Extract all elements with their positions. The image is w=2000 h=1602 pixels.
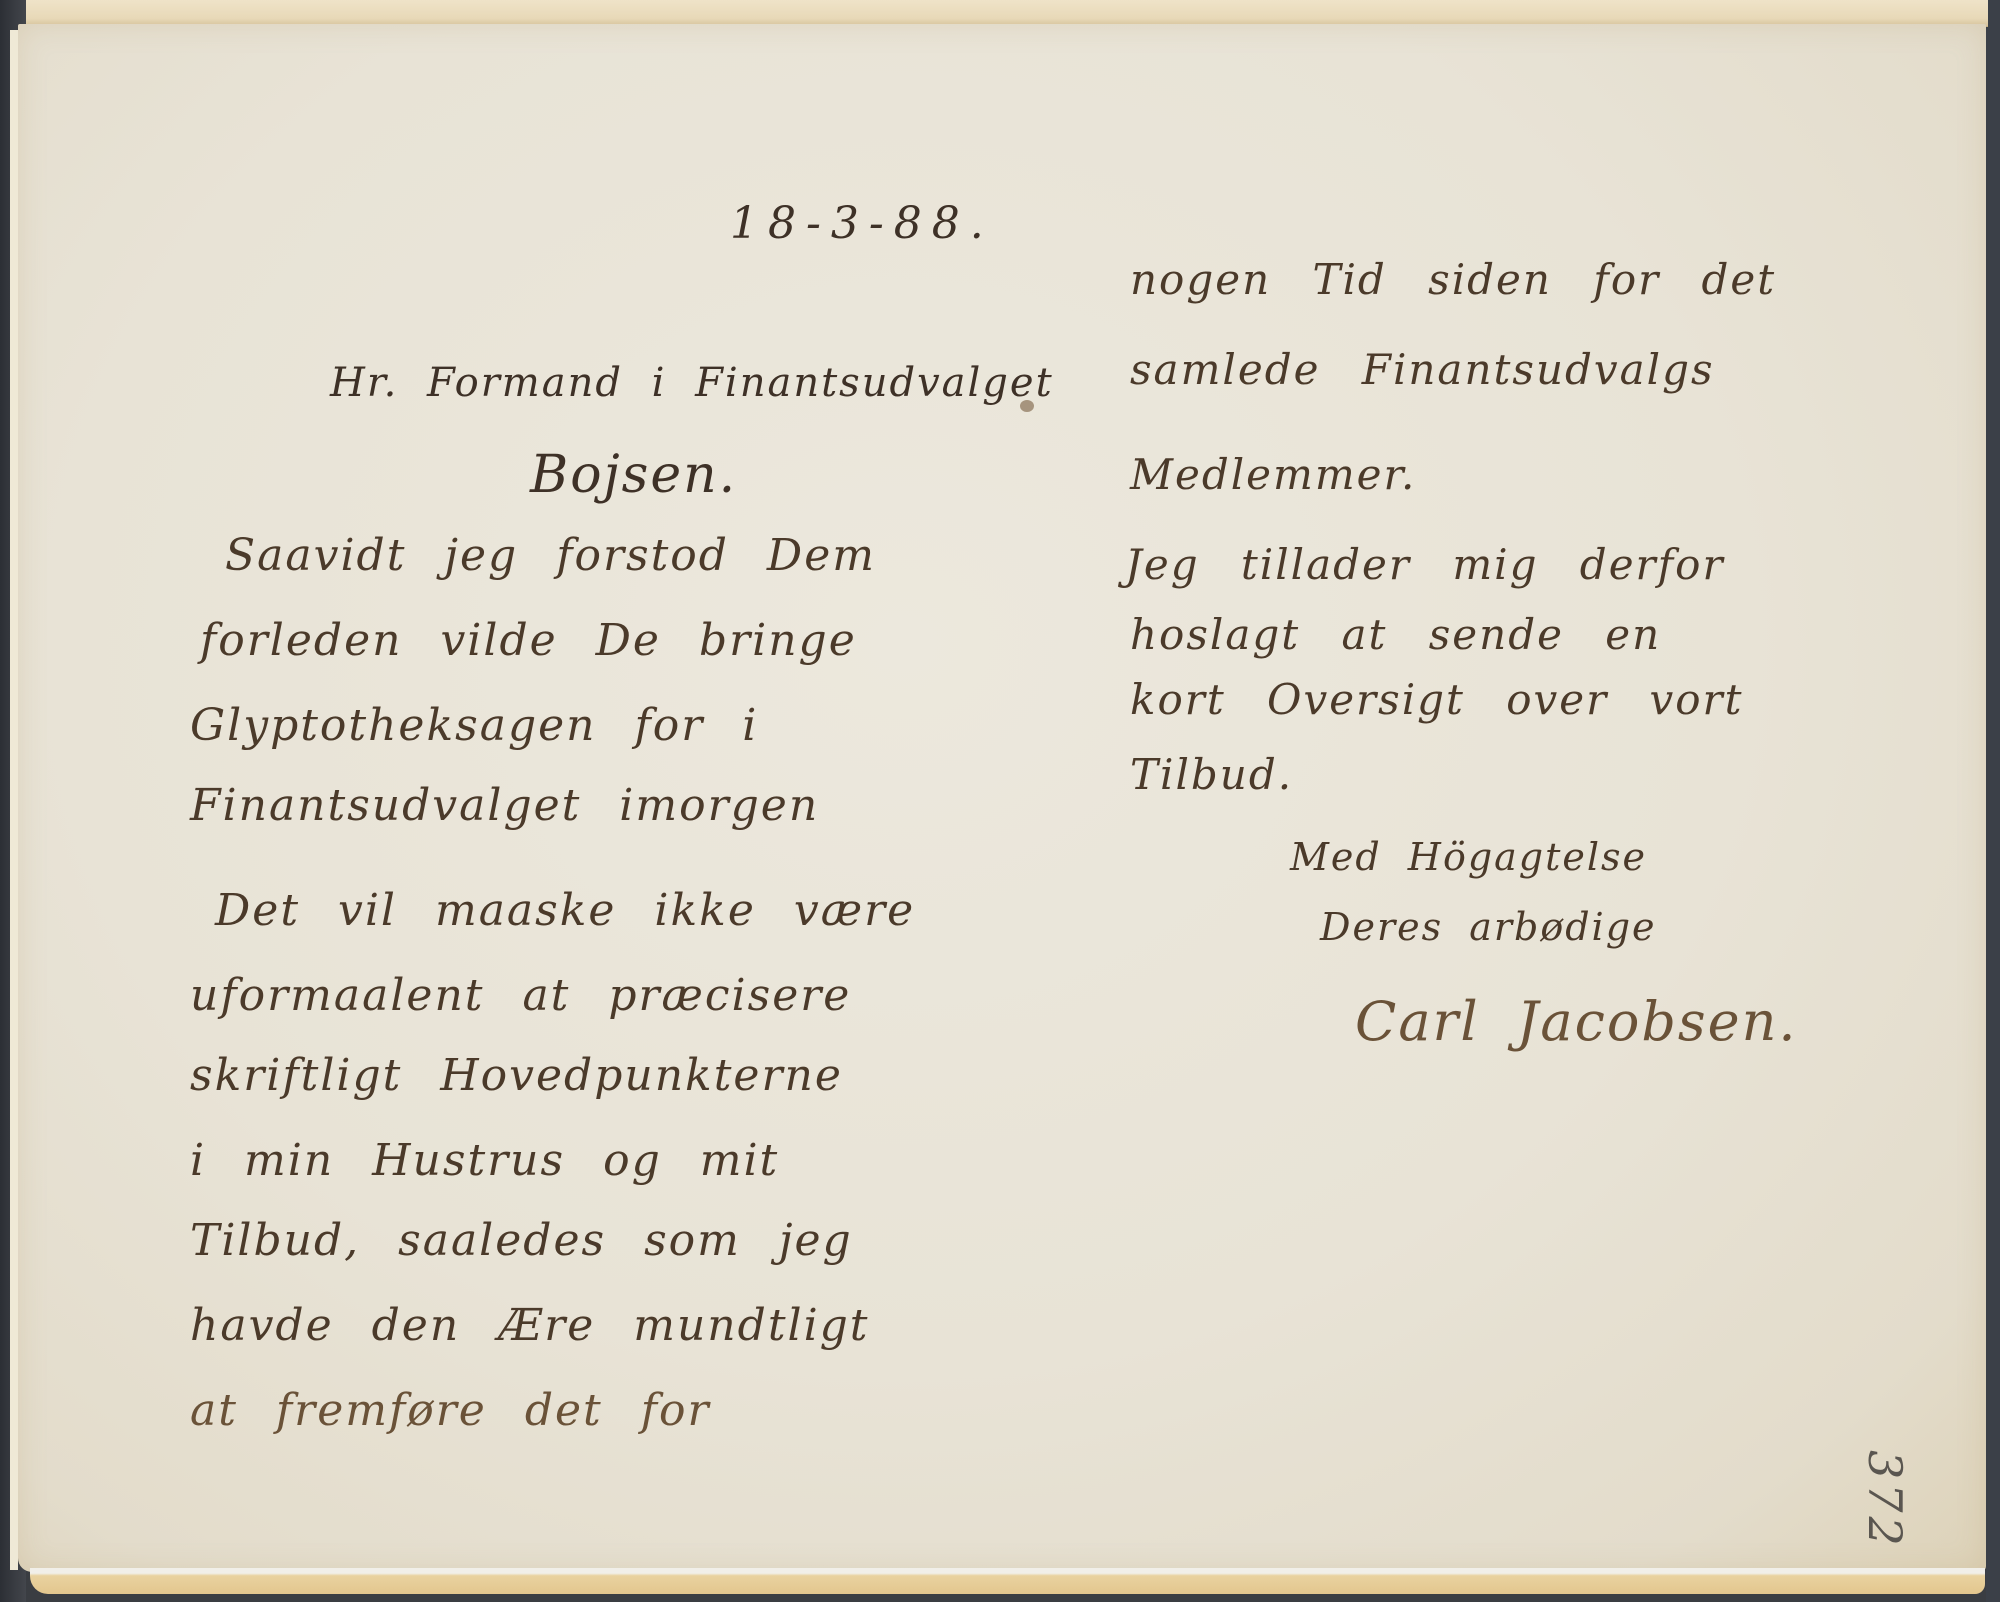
- page-left-edge: [10, 30, 18, 1570]
- letter-date: 18-3-88.: [730, 198, 994, 249]
- folded-paper-flap: [26, 0, 1988, 27]
- text-line: Det vil maaske ikke være: [215, 885, 915, 936]
- text-line: havde den Ære mundtligt: [190, 1300, 870, 1351]
- signature: Carl Jacobsen.: [1355, 990, 1798, 1053]
- text-line: i min Hustrus og mit: [190, 1135, 779, 1186]
- text-line: Tilbud, saaledes som jeg: [190, 1215, 853, 1266]
- text-line: at fremføre det for: [190, 1385, 711, 1436]
- text-line: Jeg tillader mig derfor: [1125, 540, 1725, 589]
- closing-line: Med Högagtelse: [1290, 835, 1647, 879]
- text-line: Glyptotheksagen for i: [190, 700, 758, 751]
- text-line: uformaalent at præcisere: [190, 970, 851, 1021]
- closing-line: Deres arbødige: [1320, 905, 1657, 949]
- text-line: Medlemmer.: [1130, 450, 1416, 499]
- text-line: skriftligt Hovedpunkterne: [190, 1050, 843, 1101]
- text-line: Saavidt jeg forstod Dem: [225, 530, 876, 581]
- text-line: forleden vilde De bringe: [200, 615, 857, 666]
- text-line: Finantsudvalget imorgen: [190, 780, 819, 831]
- letter-salutation: Hr. Formand i Finantsudvalget: [330, 360, 1054, 406]
- text-line: hoslagt at sende en: [1130, 610, 1661, 659]
- folio-number: 372: [1858, 1450, 1912, 1550]
- text-line: nogen Tid siden for det: [1130, 255, 1776, 304]
- text-line: samlede Finantsudvalgs: [1130, 345, 1715, 394]
- letter-recipient: Bojsen.: [530, 445, 737, 505]
- scanner-backdrop-right: [1986, 0, 2000, 1602]
- text-line: kort Oversigt over vort: [1130, 675, 1744, 724]
- page-bottom-edge: [30, 1568, 1985, 1594]
- text-line: Tilbud.: [1130, 750, 1293, 799]
